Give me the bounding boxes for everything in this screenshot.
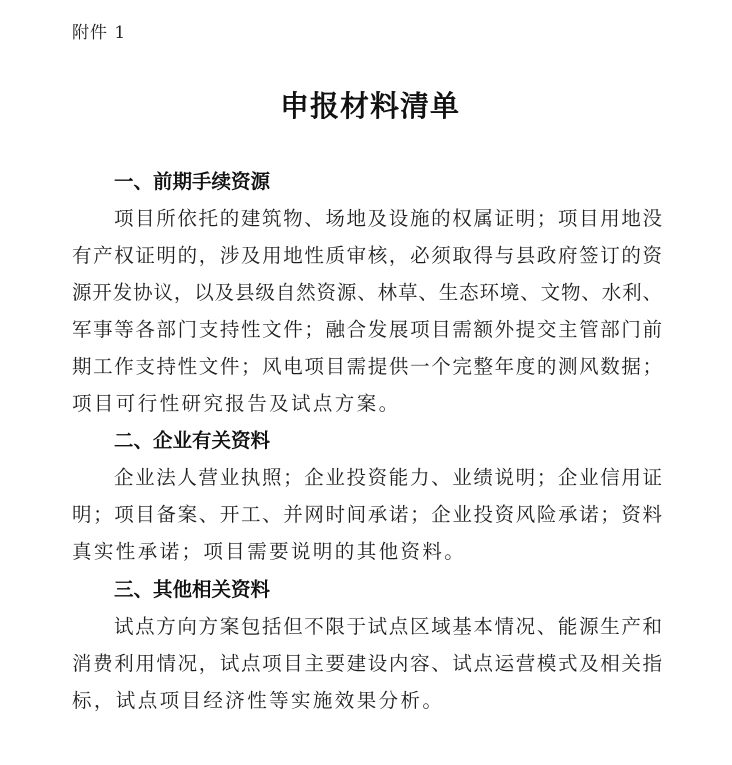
attachment-label: 附件 1 bbox=[72, 18, 126, 43]
document-page: 附件 1 申报材料清单 一、前期手续资源 项目所依托的建筑物、场地及设施的权属证… bbox=[0, 0, 732, 765]
section-2-line-1: 企业法人营业执照；企业投资能力、业绩说明；企业信用证 bbox=[114, 463, 662, 493]
section-1-line-3: 源开发协议，以及县级自然资源、林草、生态环境、文物、水利、 bbox=[72, 278, 662, 308]
section-heading-1: 一、前期手续资源 bbox=[114, 167, 270, 197]
section-1-line-1: 项目所依托的建筑物、场地及设施的权属证明；项目用地没 bbox=[114, 204, 662, 234]
section-1-line-4: 军事等各部门支持性文件；融合发展项目需额外提交主管部门前 bbox=[72, 315, 662, 345]
section-3-line-3: 标，试点项目经济性等实施效果分析。 bbox=[72, 686, 662, 716]
section-heading-3: 三、其他相关资料 bbox=[114, 575, 270, 605]
section-3-line-2: 消费利用情况，试点项目主要建设内容、试点运营模式及相关指 bbox=[72, 649, 662, 679]
section-3-line-1: 试点方向方案包括但不限于试点区域基本情况、能源生产和 bbox=[114, 612, 662, 642]
section-1-line-2: 有产权证明的，涉及用地性质审核，必须取得与县政府签订的资 bbox=[72, 241, 662, 271]
section-2-line-3: 真实性承诺；项目需要说明的其他资料。 bbox=[72, 537, 662, 567]
section-2-line-2: 明；项目备案、开工、并网时间承诺；企业投资风险承诺；资料 bbox=[72, 500, 662, 530]
document-title: 申报材料清单 bbox=[0, 84, 732, 125]
section-1-line-6: 项目可行性研究报告及试点方案。 bbox=[72, 389, 662, 419]
section-heading-2: 二、企业有关资料 bbox=[114, 426, 270, 456]
section-1-line-5: 期工作支持性文件；风电项目需提供一个完整年度的测风数据； bbox=[72, 352, 662, 382]
